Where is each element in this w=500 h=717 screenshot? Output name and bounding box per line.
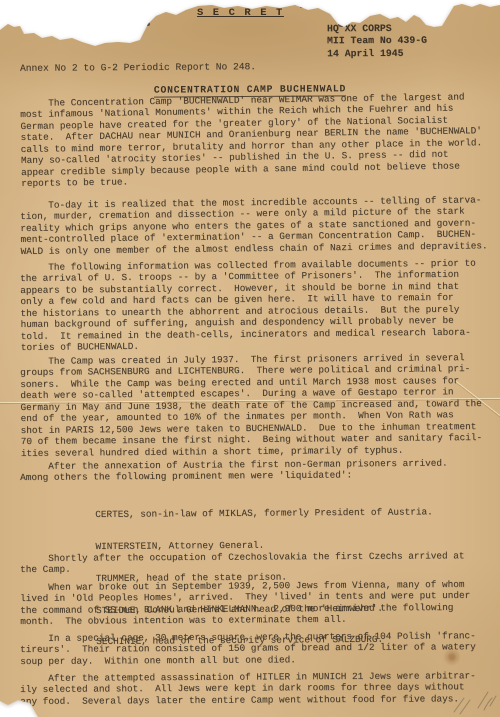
- paragraph-hitler-assassination: After the attempted assassination of HIT…: [20, 670, 494, 707]
- paragraph-vienna-jews: When war broke out in September 1939, 2,…: [20, 579, 494, 628]
- annex-line: Annex No 2 to G-2 Periodic Report No 248…: [20, 61, 256, 74]
- document-paper: S E C R E T HQ XX CORPS MII Team No 439-…: [0, 0, 500, 717]
- paragraph-austria: After the annexation of Austria the firs…: [20, 457, 494, 484]
- pencil-annotation: [448, 678, 498, 716]
- paragraph-czechoslovakia: Shortly after the occupation of Czechosl…: [20, 550, 494, 576]
- header-team-number: MII Team No 439-G: [327, 35, 427, 48]
- paragraph-franc-tireurs: In a special cage, 30 meters square, wer…: [20, 630, 494, 667]
- tear-speck: [338, 22, 346, 27]
- paragraph-sources: The following information was collected …: [20, 257, 495, 353]
- header-date: 14 April 1945: [327, 47, 427, 60]
- classification-stamp: S E C R E T: [197, 7, 284, 19]
- header-block: HQ XX CORPS MII Team No 439-G 14 April 1…: [327, 23, 427, 60]
- paragraph-intro: The Concentration Camp 'BUCHENWALD' near…: [20, 91, 495, 190]
- paper-shadow: S E C R E T HQ XX CORPS MII Team No 439-…: [0, 0, 500, 717]
- paragraph-today: To-day it is realized that the most incr…: [20, 194, 495, 257]
- list-item: CERTES, son-in-law of MIKLAS, formerly P…: [95, 507, 475, 521]
- scanned-document-page: S E C R E T HQ XX CORPS MII Team No 439-…: [0, 0, 500, 717]
- tear-speck: [146, 22, 150, 26]
- header-unit: HQ XX CORPS: [327, 23, 427, 36]
- paragraph-camp-history: The Camp was created in July 1937. The f…: [20, 352, 495, 459]
- tear-speck: [300, 5, 304, 8]
